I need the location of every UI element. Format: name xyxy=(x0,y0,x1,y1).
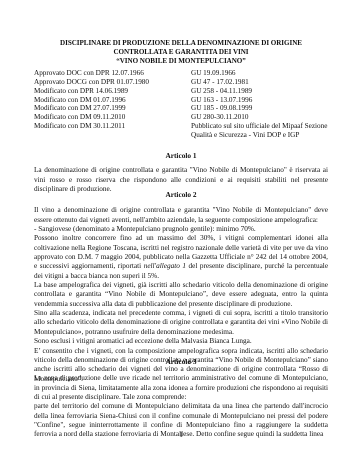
article-1: Articolo 1 La denominazione di origine c… xyxy=(34,151,328,194)
approval-act: Modificato con DM 27.07.1999 xyxy=(34,104,191,113)
approval-row: Modificato con DM 09.11.2010 GU 280-30.1… xyxy=(34,113,328,122)
approval-history: Approvato DOC con DPR 12.07.1966 GU 19.0… xyxy=(34,69,328,140)
article-heading: Articolo 3 xyxy=(34,357,328,366)
approval-gazette: Pubblicato sul sito ufficiale del Mipaaf… xyxy=(191,122,328,140)
approval-row: Modificato con DPR 14.06.1989 GU 258 - 0… xyxy=(34,87,328,96)
approval-act: Approvato DOC con DPR 12.07.1966 xyxy=(34,69,191,78)
title-line: “VINO NOBILE DI MONTEPULCIANO” xyxy=(34,57,328,66)
document-title: DISCIPLINARE DI PRODUZIONE DELLA DENOMIN… xyxy=(34,39,328,66)
article-paragraph: Il vino a denominazione di origine contr… xyxy=(34,206,328,225)
page-number: 1 xyxy=(34,431,328,440)
article-paragraph: - Sangiovese (denominato a Montepulciano… xyxy=(34,225,328,234)
approval-act: Modificato con DM 09.11.2010 xyxy=(34,113,191,122)
article-heading: Articolo 1 xyxy=(34,151,328,160)
approval-row: Modificato con DM 27.07.1999 GU 185 - 09… xyxy=(34,104,328,113)
approval-gazette: GU 47 - 17.02.1981 xyxy=(191,78,328,87)
approval-row: Modificato con DM 01.07.1996 GU 163 - 13… xyxy=(34,96,328,105)
article-3: Articolo 3 La zona di produzione delle u… xyxy=(34,357,328,440)
annex-reference: nell'allegato 1 xyxy=(144,262,186,270)
approval-gazette: GU 163 - 13.07.1996 xyxy=(191,96,328,105)
approval-act: Modificato con DM 30.11.2011 xyxy=(34,122,191,140)
approval-act: Approvato DOCG con DPR 01.07.1980 xyxy=(34,78,191,87)
article-paragraph: Sino alla scadenza, indicata nel precede… xyxy=(34,309,328,337)
article-2: Articolo 2 Il vino a denominazione di or… xyxy=(34,190,328,384)
title-line: CONTROLLATA E GARANTITA DEI VINI xyxy=(34,48,328,57)
title-line: DISCIPLINARE DI PRODUZIONE DELLA DENOMIN… xyxy=(34,39,328,48)
article-paragraph: La base ampelografica dei vigneti, già i… xyxy=(34,281,328,309)
approval-gazette: GU 280-30.11.2010 xyxy=(191,113,328,122)
article-paragraph: Sono esclusi i vitigni aromatici ad ecce… xyxy=(34,337,328,346)
approval-row: Approvato DOCG con DPR 01.07.1980 GU 47 … xyxy=(34,78,328,87)
article-heading: Articolo 2 xyxy=(34,190,328,199)
approval-gazette: GU 258 - 04.11.1989 xyxy=(191,87,328,96)
article-paragraph: La zona di produzione delle uve ricade n… xyxy=(34,374,328,402)
approval-row: Approvato DOC con DPR 12.07.1966 GU 19.0… xyxy=(34,69,328,78)
article-paragraph: Possono inoltre concorrere fino ad un ma… xyxy=(34,234,328,281)
approval-gazette: GU 185 - 09.08.1999 xyxy=(191,104,328,113)
approval-row: Modificato con DM 30.11.2011 Pubblicato … xyxy=(34,122,328,140)
approval-gazette: GU 19.09.1966 xyxy=(191,69,328,78)
approval-act: Modificato con DM 01.07.1996 xyxy=(34,96,191,105)
approval-act: Modificato con DPR 14.06.1989 xyxy=(34,87,191,96)
